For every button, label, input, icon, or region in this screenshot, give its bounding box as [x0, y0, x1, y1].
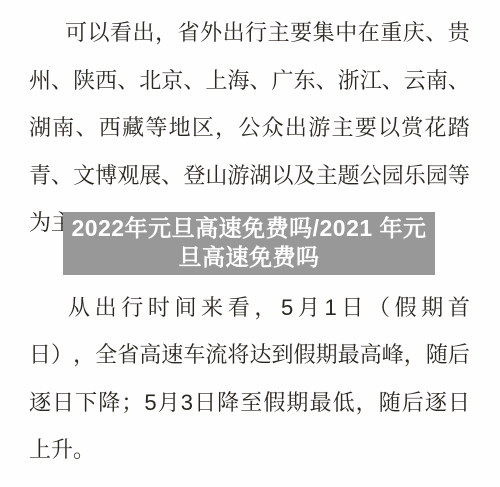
title-overlay-banner: 2022年元旦高速免费吗/2021 年元 旦高速免费吗: [63, 212, 435, 275]
paragraph-line: 州、陕西、北京、上海、广东、浙江、云南、: [29, 57, 470, 105]
paragraph-line: 可以看出，省外出行主要集中在重庆、贵: [29, 9, 470, 57]
paragraph-1: 可以看出，省外出行主要集中在重庆、贵 州、陕西、北京、上海、广东、浙江、云南、 …: [29, 9, 470, 247]
paragraph-line: 从出行时间来看，5月1日（假期首: [29, 284, 470, 332]
article-page: 可以看出，省外出行主要集中在重庆、贵 州、陕西、北京、上海、广东、浙江、云南、 …: [0, 0, 500, 487]
paragraph-2: 从出行时间来看，5月1日（假期首 日），全省高速车流将达到假期最高峰，随后 逐日…: [29, 284, 470, 474]
paragraph-line: 上升。: [29, 426, 470, 474]
overlay-title-line-2: 旦高速免费吗: [63, 243, 435, 272]
overlay-title-line-1: 2022年元旦高速免费吗/2021 年元: [63, 214, 435, 243]
paragraph-line: 逐日下降；5月3日降至假期最低，随后逐日: [29, 379, 470, 427]
paragraph-line: 日），全省高速车流将达到假期最高峰，随后: [29, 331, 470, 379]
paragraph-line: 青、文博观展、登山游湖以及主题公园乐园等: [29, 152, 470, 200]
paragraph-line: 湖南、西藏等地区，公众出游主要以赏花踏: [29, 104, 470, 152]
